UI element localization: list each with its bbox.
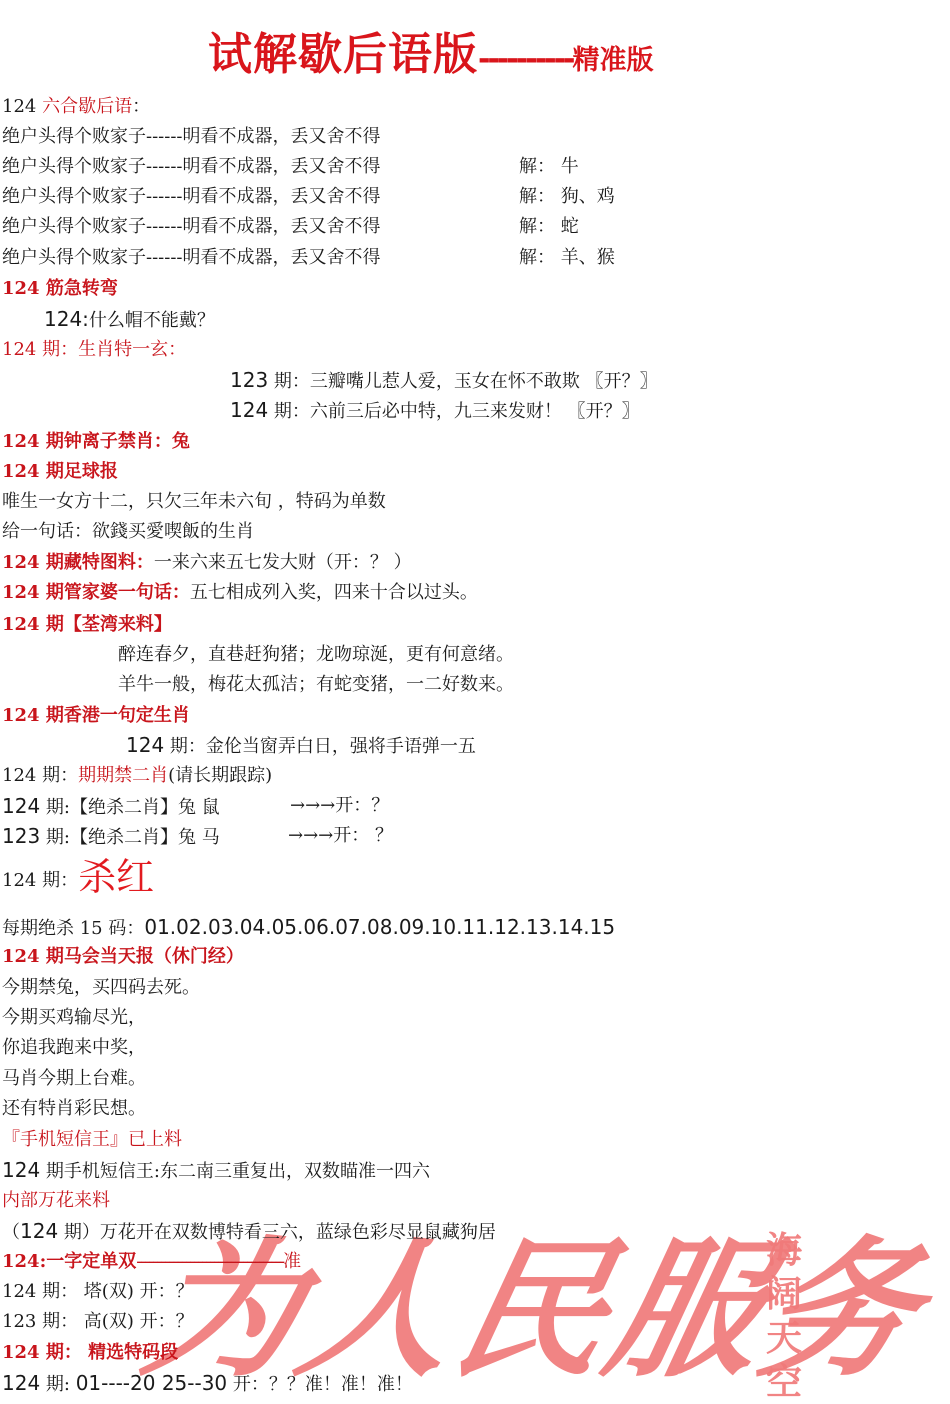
section-heading-ban-two: 124 期：期期禁二肖(请长期跟踪) <box>2 765 272 787</box>
section-title: 124:一字定单双 <box>2 1251 136 1272</box>
section-heading-brain-teaser: 124 筋急转弯 <box>2 278 118 300</box>
hidden-pic-text: 一来六来五七发大财（开：？ ） <box>154 552 412 573</box>
riddle-text: 绝户头得个败家子------明看不成器，丢又舍不得 <box>2 216 381 237</box>
watermark-char: 海 <box>762 1228 806 1272</box>
ban-two-text: 期:【绝杀二肖】兔 鼠 <box>40 797 220 818</box>
kill-red-line: 124 期：杀红 <box>2 866 154 892</box>
watermark-char: 天 <box>762 1316 806 1360</box>
open-paren: （ <box>2 1222 20 1243</box>
sms-line: 124 期手机短信王:东二南三重复出，双数瞄准一四六 <box>2 1159 430 1183</box>
kill-15-numbers: 01.02.03.04.05.06.07.08.09.10.11.12.13.1… <box>144 915 615 939</box>
odd-even-line: 124 期： 塔(双) 开：？ <box>2 1281 194 1303</box>
section-heading-xiehouyu: 124 六合歇后语： <box>2 96 150 118</box>
dash-line: ------------------------------------ <box>136 1251 283 1272</box>
riddle-line: 绝户头得个败家子------明看不成器，丢又舍不得解： 狗、鸡 <box>2 186 702 208</box>
quanwan-line: 醉连春夕，直巷赶狗猪；龙吻琼涎，更有何意绪。 <box>118 644 514 666</box>
section-heading-segment: 124 期： 精选特码段 <box>2 1342 178 1364</box>
segment-line: 124 期: 01----20 25--30 开：？？准！准！准！ <box>2 1372 413 1396</box>
period-number: 124 <box>230 398 268 422</box>
poem-line: 马肖今期上台难。 <box>2 1068 146 1090</box>
watermark-side-text: 海 阔 天 空 <box>762 1228 806 1404</box>
period-number: 123 <box>2 824 40 848</box>
poem-line: 今期买鸡输尽光， <box>2 1007 146 1029</box>
ban-two-line: 123 期:【绝杀二肖】兔 马→→→开： ？ <box>2 825 220 849</box>
riddle-solution: 解： 蛇 <box>519 216 579 238</box>
zodiac-line: 123 期：三瓣嘴儿惹人爱，玉女在怀不敢欺 〖开？〗 <box>230 369 658 393</box>
page-title: 试解歇后语版----------精准版 <box>208 18 654 82</box>
section-heading-wanhua: 内部万花来料 <box>2 1190 110 1212</box>
housekeeper-text: 五七相成列入奖，四来十合以过头。 <box>190 582 478 603</box>
period-number: 124 <box>2 794 40 818</box>
section-heading-football: 124 期足球报 <box>2 461 118 483</box>
period-number: 123 <box>230 368 268 392</box>
hidden-pic-line: 124 期藏特图料：一来六来五七发大财（开：？ ） <box>2 552 412 574</box>
zodiac-line: 124 期：六前三后必中特，九三来发财！ 〖开？〗 <box>230 399 640 423</box>
section-heading-zodiac: 124 期：生肖特一玄： <box>2 339 186 361</box>
section-heading-quanwan: 124 期【荃湾来料】 <box>2 614 172 636</box>
period-number: 124 <box>2 1371 40 1395</box>
sms-text: 期手机短信王:东二南三重复出，双数瞄准一四六 <box>40 1161 430 1182</box>
riddle-text: 绝户头得个败家子------明看不成器，丢又舍不得 <box>2 126 381 147</box>
kill-red-label: 杀红 <box>78 855 154 899</box>
housekeeper-line: 124 期管家婆一句话：五七相成列入奖，四来十合以过头。 <box>2 582 478 604</box>
poem-line: 今期禁兔，买四码去死。 <box>2 977 200 999</box>
period-prefix: 124 期： <box>2 765 78 786</box>
football-line: 唯生一女方十二，只欠三年未六旬 ，特码为单数 <box>2 491 386 513</box>
ban-two-line: 124 期:【绝杀二肖】兔 鼠→→→开：？ <box>2 795 220 819</box>
riddle-text: 绝户头得个败家子------明看不成器，丢又舍不得 <box>2 156 381 177</box>
riddle-line: 绝户头得个败家子------明看不成器，丢又舍不得解： 羊、猴 <box>2 247 702 269</box>
poem-line: 还有特肖彩民想。 <box>2 1098 146 1120</box>
brain-teaser-question: 124:什么帽不能戴？ <box>44 308 215 332</box>
period-number: 124 <box>20 1219 58 1243</box>
ban-two-result: →→→开： ？ <box>288 825 393 847</box>
title-dash: ---------- <box>478 42 573 77</box>
wanhua-text: 期）万花开在双数博特看三六，蓝绿色彩尽显鼠藏狗居 <box>58 1222 496 1243</box>
riddle-line: 绝户头得个败家子------明看不成器，丢又舍不得 <box>2 126 381 148</box>
zodiac-text: 期：六前三后必中特，九三来发财！ 〖开？〗 <box>268 401 639 422</box>
period-number: 124 <box>126 733 164 757</box>
section-heading-zhongli: 124 期钟离子禁肖：兔 <box>2 431 190 453</box>
wanhua-line: （124 期）万花开在双数博特看三六，蓝绿色彩尽显鼠藏狗居 <box>2 1220 496 1244</box>
period-prefix: 124 期： <box>2 870 78 891</box>
question-text: 什么帽不能戴？ <box>89 310 215 331</box>
riddle-solution: 解： 狗、鸡 <box>519 186 615 208</box>
kill-15-label: 每期绝杀 15 码： <box>2 918 144 939</box>
riddle-line: 绝户头得个败家子------明看不成器，丢又舍不得解： 蛇 <box>2 216 702 238</box>
period-number: 124 <box>2 96 36 117</box>
hongkong-line: 124 期：金伦当窗弄白日，强将手语弹一五 <box>126 734 476 758</box>
section-heading-hongkong: 124 期香港一句定生肖 <box>2 705 190 727</box>
segment-text: 期: <box>40 1374 76 1395</box>
zodiac-text: 期：三瓣嘴儿惹人爱，玉女在怀不敢欺 〖开？〗 <box>268 371 657 392</box>
riddle-solution: 解： 羊、猴 <box>519 247 615 269</box>
segment-result: 开：？？准！准！准！ <box>227 1374 413 1395</box>
section-title: 期期禁二肖 <box>78 765 168 786</box>
section-title: 124 期藏特图料： <box>2 552 154 573</box>
football-line: 给一句话：欲錢买愛喫飯的生肖 <box>2 521 254 543</box>
section-note: (请长期跟踪) <box>168 765 272 786</box>
section-heading-horse-club: 124 期马会当天报（休门经） <box>2 946 244 968</box>
watermark-char: 空 <box>762 1360 806 1404</box>
riddle-solution: 解： 牛 <box>519 156 579 178</box>
question-number: 124: <box>44 307 89 331</box>
riddle-text: 绝户头得个败家子------明看不成器，丢又舍不得 <box>2 186 381 207</box>
title-subtitle: 精准版 <box>573 45 654 76</box>
odd-even-line: 123 期： 高(双) 开：？ <box>2 1311 194 1333</box>
colon: ： <box>132 96 150 117</box>
section-heading-odd-even: 124:一字定单双-------------------------------… <box>2 1251 301 1273</box>
quanwan-line: 羊牛一般，梅花太孤洁；有蛇变猪，一二好数来。 <box>118 674 514 696</box>
ban-two-text: 期:【绝杀二肖】兔 马 <box>40 827 220 848</box>
watermark-char: 阔 <box>762 1272 806 1316</box>
hongkong-text: 期：金伦当窗弄白日，强将手语弹一五 <box>164 736 476 757</box>
period-number: 124 <box>2 1158 40 1182</box>
section-heading-sms: 『手机短信王』已上料 <box>2 1129 182 1151</box>
riddle-text: 绝户头得个败家子------明看不成器，丢又舍不得 <box>2 247 381 268</box>
accurate-label: 准 <box>283 1251 301 1272</box>
kill-15-line: 每期绝杀 15 码：01.02.03.04.05.06.07.08.09.10.… <box>2 916 615 940</box>
title-main: 试解歇后语版 <box>208 29 478 80</box>
section-title: 124 期管家婆一句话： <box>2 582 190 603</box>
ban-two-result: →→→开：？ <box>290 795 389 817</box>
riddle-line: 绝户头得个败家子------明看不成器，丢又舍不得解： 牛 <box>2 156 702 178</box>
segment-range: 01----20 25--30 <box>76 1371 227 1395</box>
section-title: 六合歇后语 <box>42 96 132 117</box>
poem-line: 你追我跑来中奖， <box>2 1037 146 1059</box>
